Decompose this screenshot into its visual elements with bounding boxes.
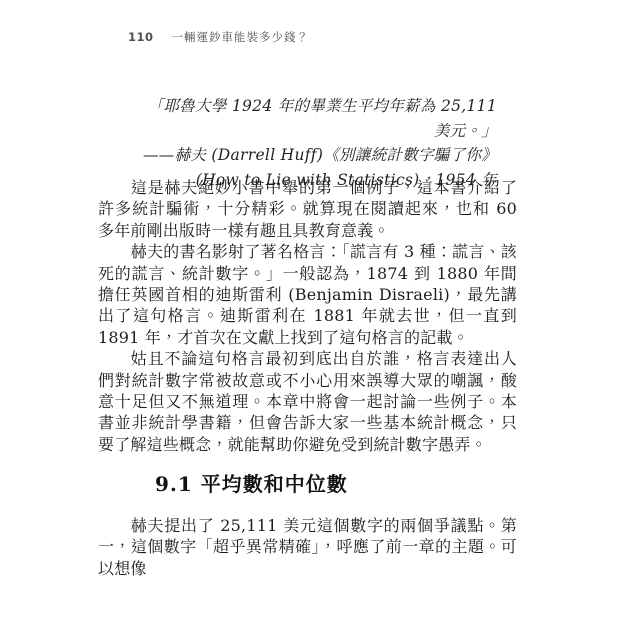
paragraph: 姑且不論這句格言最初到底出自於誰，格言表達出人們對統計數字常被故意或不小心用來誤…	[98, 348, 517, 455]
epigraph-line-1: 「耶魯大學 1924 年的畢業生平均年薪為 25,111 美元。」	[130, 94, 497, 143]
running-title: 一輛運鈔車能裝多少錢？	[172, 29, 310, 45]
paragraph: 赫夫的書名影射了著名格言：「謊言有 3 種：謊言、該死的謊言、統計數字。」一般認…	[98, 241, 517, 348]
section-heading: 9.1 平均數和中位數	[155, 474, 517, 495]
paragraph: 這是赫夫絕妙小書中舉的第一個例子，這本書介紹了許多統計騙術，十分精彩。就算現在閱…	[98, 177, 517, 241]
page-number: 110	[128, 30, 154, 44]
book-page: 110 一輛運鈔車能裝多少錢？ 「耶魯大學 1924 年的畢業生平均年薪為 25…	[0, 0, 620, 620]
body-text: 這是赫夫絕妙小書中舉的第一個例子，這本書介紹了許多統計騙術，十分精彩。就算現在閱…	[98, 177, 517, 579]
running-header: 110 一輛運鈔車能裝多少錢？	[128, 29, 560, 45]
paragraph: 赫夫提出了 25,111 美元這個數字的兩個爭議點。第一，這個數字「超乎異常精確…	[98, 515, 517, 579]
epigraph-attribution: ——赫夫 (Darrell Huff)《別讓統計數字騙了你》	[130, 143, 497, 168]
